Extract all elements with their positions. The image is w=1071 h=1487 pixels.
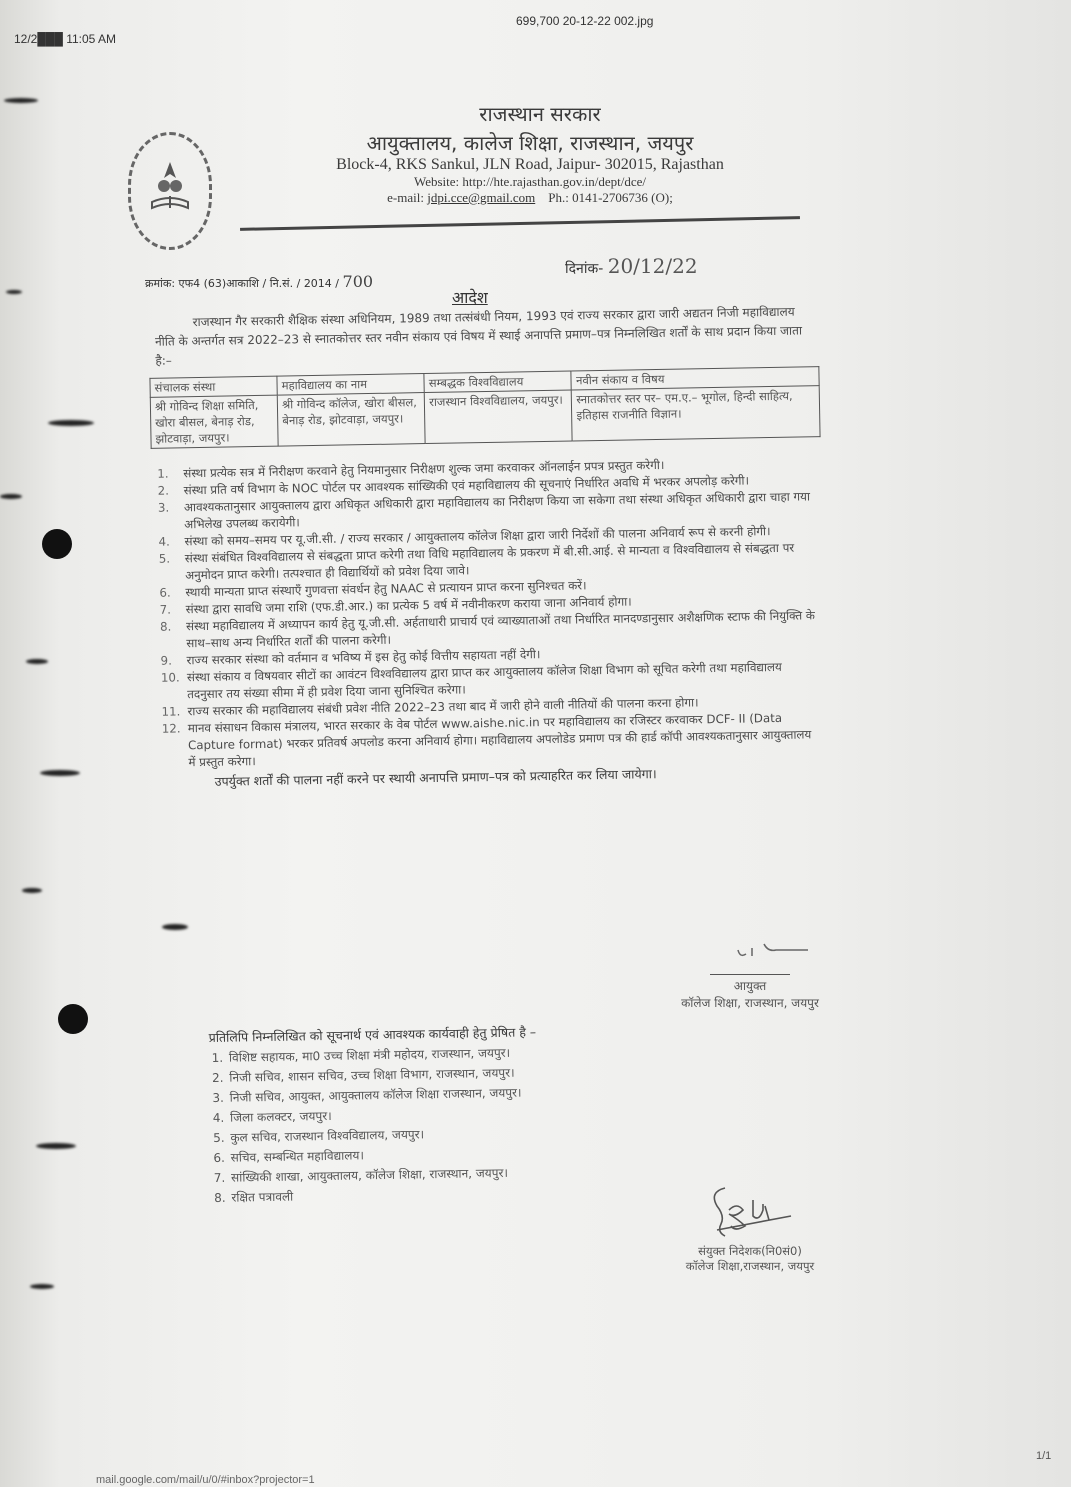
reference-handwritten: 700 <box>343 272 374 291</box>
office-name: आयुक्तालय, कालेज शिक्षा, राजस्थान, जयपुर <box>270 129 790 156</box>
scan-mark <box>26 659 48 664</box>
signatory-title: संयुक्त निदेशक(नि0सं0) <box>630 1244 870 1259</box>
conditions-list: 1.संस्था प्रत्येक सत्र में निरीक्षण करवा… <box>157 454 823 790</box>
condition-number: 6. <box>159 584 185 601</box>
column-header: सम्बद्धक विश्वविद्यालय <box>424 371 571 393</box>
office-address: Block-4, RKS Sankul, JLN Road, Jaipur- 3… <box>270 156 790 174</box>
scanned-order-document: 12/2███ 11:05 AM 699,700 20-12-22 002.jp… <box>0 0 1071 1487</box>
condition-number: 8. <box>160 618 187 652</box>
copy-to-list: विशिष्ट सहायक, मा0 उच्च शिक्षा मंत्री मह… <box>209 1040 672 1208</box>
commissioner-signature-block: आयुक्त कॉलेज शिक्षा, राजस्थान, जयपुर <box>640 938 860 1011</box>
table-cell: स्नातकोत्तर स्तर पर– एम.ए.– भूगोल, हिन्द… <box>572 386 820 441</box>
signature-scrawl-icon <box>695 1180 805 1244</box>
table-cell: श्री गोविन्द शिक्षा समिति, खोरा बीसल, बे… <box>150 395 278 448</box>
signatory-department: कॉलेज शिक्षा, राजस्थान, जयपुर <box>640 994 860 1011</box>
condition-number: 3. <box>158 499 185 533</box>
government-name: राजस्थान सरकार <box>290 100 790 127</box>
signature-line <box>710 974 790 975</box>
office-website: Website: http://hte.rajasthan.gov.in/dep… <box>270 174 790 190</box>
government-emblem-icon <box>128 132 212 250</box>
condition-number: 9. <box>160 652 186 669</box>
table-cell: श्री गोविन्द कॉलेज, खोरा बीसल, बेनाड़ रो… <box>277 393 425 447</box>
condition-number: 11. <box>161 703 187 720</box>
joint-director-signature-block: संयुक्त निदेशक(नि0सं0) कॉलेज शिक्षा,राजस… <box>630 1180 870 1274</box>
order-date: दिनांक- 20/12/22 <box>565 254 698 278</box>
date-handwritten: 20/12/22 <box>608 254 698 278</box>
print-url: mail.google.com/mail/u/0/#inbox?projecto… <box>96 1474 315 1486</box>
intro-paragraph: राजस्थान गैर सरकारी शैक्षिक संस्था अधिनि… <box>155 302 816 371</box>
reference-printed: क्रमांक: एफ4 (63)आकाशि / नि.सं. / 2014 / <box>145 277 339 290</box>
scan-mark <box>4 98 38 103</box>
binder-hole <box>58 1004 88 1034</box>
signatory-title: आयुक्त <box>640 977 860 994</box>
scan-mark <box>6 290 22 294</box>
condition-number: 10. <box>161 669 188 703</box>
table-row: श्री गोविन्द शिक्षा समिति, खोरा बीसल, बे… <box>150 386 820 449</box>
column-header: महाविद्यालय का नाम <box>277 374 424 396</box>
scan-mark <box>0 494 22 499</box>
scan-mark <box>48 420 94 426</box>
binder-hole <box>42 529 72 559</box>
reference-number: क्रमांक: एफ4 (63)आकाशि / नि.सं. / 2014 /… <box>145 272 373 291</box>
condition-text: मानव संसाधन विकास मंत्रालय, भारत सरकार क… <box>188 709 823 771</box>
condition-number: 4. <box>158 533 184 550</box>
email-label: e-mail: <box>387 190 424 205</box>
table-cell: राजस्थान विश्वविद्यालय, जयपुर। <box>425 390 573 444</box>
noc-table: संचालक संस्था महाविद्यालय का नाम सम्बद्ध… <box>149 366 820 449</box>
print-timestamp: 12/2███ 11:05 AM <box>14 32 116 46</box>
signature-scrawl-icon <box>640 938 860 974</box>
condition-item: 12.मानव संसाधन विकास मंत्रालय, भारत सरका… <box>162 709 823 772</box>
office-contact: e-mail: jdpi.cce@gmail.com Ph.: 0141-270… <box>270 190 790 206</box>
letterhead: राजस्थान सरकार आयुक्तालय, कालेज शिक्षा, … <box>270 100 790 206</box>
order-title: आदेश <box>452 286 488 308</box>
phone-number: Ph.: 0141-2706736 (O); <box>548 190 673 205</box>
scan-mark <box>40 770 80 776</box>
condition-number: 2. <box>158 482 184 499</box>
column-header: संचालक संस्था <box>150 376 277 397</box>
condition-number: 12. <box>162 720 189 771</box>
scan-mark <box>162 924 188 930</box>
print-filename: 699,700 20-12-22 002.jpg <box>516 14 653 28</box>
condition-number: 1. <box>157 465 183 482</box>
scan-mark <box>36 1143 76 1149</box>
print-page-number: 1/1 <box>1036 1450 1051 1462</box>
condition-number: 5. <box>159 550 186 584</box>
letterhead-divider <box>240 216 800 231</box>
copy-to-section: प्रतिलिपि निम्नलिखित को सूचनार्थ एवं आवश… <box>208 1020 671 1208</box>
signatory-department: कॉलेज शिक्षा,राजस्थान, जयपुर <box>630 1259 870 1274</box>
scan-mark <box>30 1284 54 1289</box>
date-label: दिनांक- <box>565 261 603 277</box>
scan-mark <box>22 888 42 893</box>
email-link[interactable]: jdpi.cce@gmail.com <box>427 190 535 205</box>
condition-number: 7. <box>160 601 186 618</box>
